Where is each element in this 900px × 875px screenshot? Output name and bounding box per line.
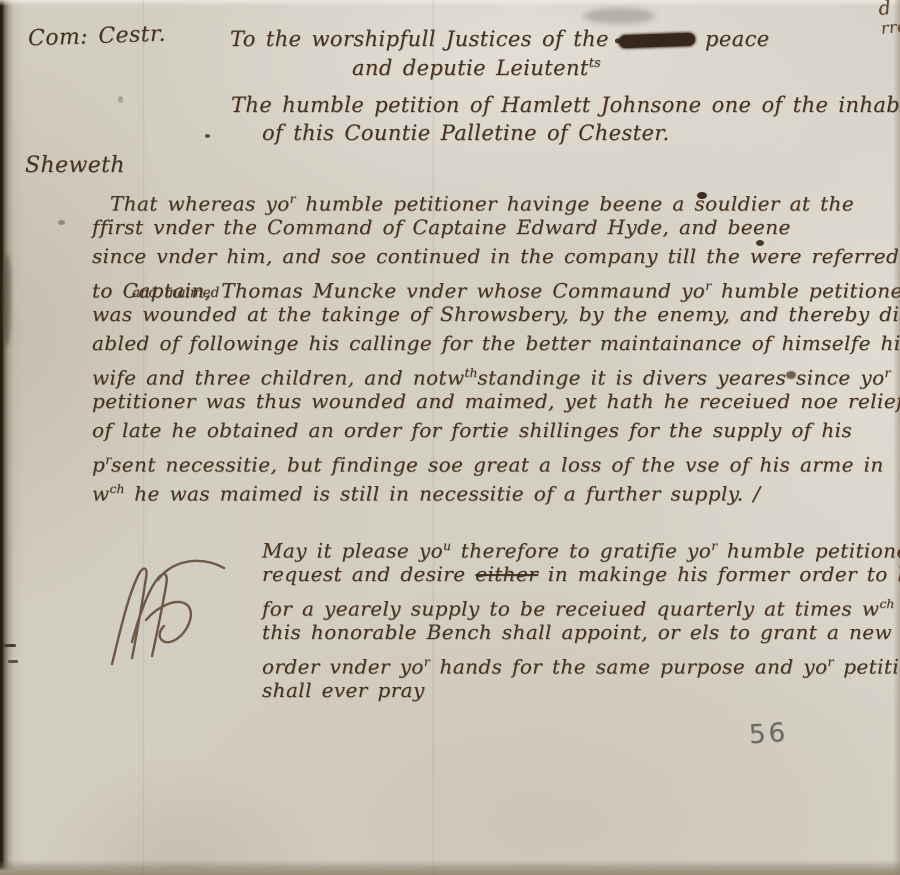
county-marginal-note: Com: Cestr. — [28, 22, 167, 52]
ink-speck — [118, 96, 123, 103]
margin-flourish-monogram — [106, 546, 226, 674]
body-line: ffirst vnder the Command of Captaine Edw… — [92, 213, 900, 242]
sheweth-word: Sheweth — [25, 153, 125, 178]
folio-number: 56 — [748, 718, 789, 751]
prayer-line: for a yearely supply to be receiued quar… — [262, 589, 900, 618]
ink-speck — [3, 644, 16, 647]
paper-top-edge — [0, 0, 900, 6]
paper-bottom-edge — [0, 860, 900, 875]
prayer-line: order vnder yor hands for the same purpo… — [262, 647, 900, 676]
paper-torn-edge — [2, 255, 11, 345]
prayer-line: request and desire either in makinge his… — [262, 560, 900, 589]
prayer-line: this honorable Bench shall appoint, or e… — [262, 618, 900, 647]
inked-out-word — [619, 33, 695, 49]
petition-title-line-1: The humble petition of Hamlett Johnsone … — [231, 93, 900, 117]
paper-left-edge — [0, 0, 14, 875]
prayer-line: shall ever pray — [262, 676, 900, 705]
manuscript-page: Com: Cestr. d 8 rror 3 To the worshipful… — [0, 0, 900, 875]
heading-line-2: and deputie Leiutentts — [352, 56, 601, 80]
petition-prayer: May it please you therefore to gratifie … — [262, 531, 900, 705]
body-line: wch he was maimed is still in necessitie… — [92, 474, 900, 503]
ink-smudge — [583, 8, 655, 24]
heading-line-1: To the worshipfull Justices of the peace — [230, 27, 770, 51]
body-line: prsent necessitie, but findinge soe grea… — [92, 445, 900, 474]
heading-text-pre: To the worshipfull Justices of the — [230, 27, 609, 51]
body-line: since vnder him, and soe continued in th… — [92, 242, 900, 271]
body-line: abled of followinge his callinge for the… — [92, 329, 900, 358]
prayer-line: May it please you therefore to gratifie … — [262, 531, 900, 560]
body-line: petitioner was thus wounded and maimed, … — [92, 387, 900, 416]
ink-speck — [58, 220, 65, 225]
body-line: of late he obtained an order for fortie … — [92, 416, 900, 445]
body-line: wife and three children, and notwthstand… — [92, 358, 900, 387]
heading-text-post: peace — [705, 27, 770, 51]
petition-title-line-2: of this Countie Palletine of Chester. — [262, 121, 670, 145]
body-line: That whereas yor humble petitioner havin… — [92, 184, 900, 213]
petition-body: and maimed That whereas yor humble petit… — [92, 184, 900, 503]
ink-speck — [8, 660, 18, 663]
interlineation-and-maimed: and maimed — [132, 287, 219, 300]
corner-annotation: d 8 rror 3 — [842, 0, 900, 61]
body-line: was wounded at the takinge of Shrowsbery… — [92, 300, 900, 329]
ink-speck — [205, 134, 210, 138]
